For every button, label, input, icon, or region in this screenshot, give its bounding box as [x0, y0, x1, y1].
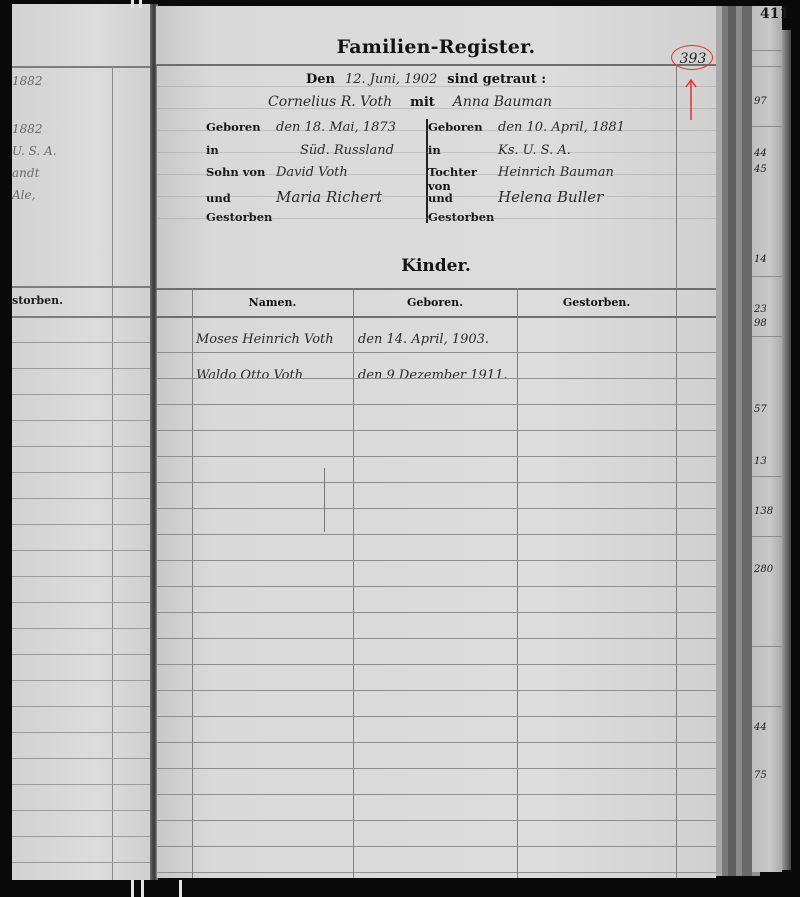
ruled-line — [156, 508, 716, 509]
groom-birthplace: Süd. Russland — [276, 143, 394, 158]
ruled-line — [156, 456, 716, 457]
edge-page-number: 138 — [754, 506, 773, 517]
ruled-line — [12, 446, 152, 447]
field-label: in — [428, 143, 498, 157]
ruled-line — [12, 732, 152, 733]
ruled-line — [752, 50, 782, 51]
ruled-line — [156, 404, 716, 405]
left-faint-entry: Ale, — [12, 188, 35, 202]
bride-birth-date: den 10. April, 1881 — [498, 120, 625, 135]
ruled-line — [12, 602, 152, 603]
edge-page-number: 280 — [754, 564, 773, 575]
column-rule — [353, 288, 354, 878]
left-table-rule — [12, 316, 152, 318]
margin-rule-right — [676, 64, 677, 878]
ruled-line — [156, 768, 716, 769]
ruled-line — [12, 368, 152, 369]
ruled-line — [156, 352, 716, 353]
field-label: Tochter von — [428, 165, 498, 193]
ruled-line — [12, 706, 152, 707]
edge-page-number: 57 — [754, 404, 767, 415]
page-title: Familien-Register. — [156, 36, 716, 58]
ruled-line — [12, 550, 152, 551]
edge-page-number: 13 — [754, 456, 767, 467]
left-header-rule — [12, 66, 152, 68]
ruled-line — [752, 476, 782, 477]
ruled-line — [12, 498, 152, 499]
column-header-died: Gestorben. — [517, 296, 676, 309]
ruled-line — [156, 690, 716, 691]
ruled-line — [156, 586, 716, 587]
ruled-line — [156, 174, 716, 175]
bride-born-row: Geboren den 10. April, 1881 — [428, 120, 668, 143]
ruled-line — [752, 536, 782, 537]
ruled-line — [752, 336, 782, 337]
bride-father: Heinrich Bauman — [498, 165, 614, 180]
ruled-line — [12, 758, 152, 759]
field-label: Geboren — [206, 120, 276, 134]
ruled-line — [156, 482, 716, 483]
ruled-line — [12, 524, 152, 525]
annotation-circle — [671, 45, 713, 70]
bride-birthplace: Ks. U. S. A. — [498, 143, 571, 158]
ruled-line — [156, 430, 716, 431]
field-label: und — [428, 191, 498, 205]
ruled-line — [12, 836, 152, 837]
ruled-line — [12, 628, 152, 629]
children-table-header-rule — [156, 316, 716, 318]
marriage-suffix: sind getraut : — [447, 72, 546, 87]
header-rule — [156, 64, 716, 66]
ruled-line — [156, 846, 716, 847]
children-section-title: Kinder. — [156, 256, 716, 276]
ruled-line — [156, 130, 716, 131]
ruled-line — [12, 784, 152, 785]
child-name: Moses Heinrich Voth — [196, 332, 334, 347]
ruled-line — [156, 716, 716, 717]
column-header-born: Geboren. — [353, 296, 517, 309]
ruled-line — [156, 664, 716, 665]
children-table-top-rule — [156, 288, 716, 290]
edge-page-number: 45 — [754, 164, 767, 175]
field-label: in — [206, 143, 276, 157]
ruled-line — [12, 810, 152, 811]
groom-born-row: Geboren den 18. Mai, 1873 — [206, 120, 446, 143]
ruled-line — [752, 66, 782, 67]
ruled-line — [752, 276, 782, 277]
child-birth-date: den 9 Dezember 1911. — [358, 368, 508, 383]
binding-clip — [139, 0, 142, 8]
groom-birth-date: den 18. Mai, 1873 — [276, 120, 396, 135]
left-faint-entry: 1882 — [12, 122, 43, 136]
ruled-line — [156, 872, 716, 873]
field-label: Gestorben — [428, 210, 498, 224]
ruled-line — [752, 646, 782, 647]
bride-father-row: Tochter von Heinrich Bauman — [428, 165, 668, 188]
marriage-prefix: Den — [306, 72, 335, 87]
field-label: Gestorben — [206, 210, 276, 224]
edge-page-number: 23 — [754, 304, 767, 315]
ruled-line — [156, 820, 716, 821]
ruled-line — [156, 794, 716, 795]
edge-page-number: 98 — [754, 318, 767, 329]
ruled-line — [12, 654, 152, 655]
left-page: 1882 1882 U. S. A. andt Ale, storben. — [12, 4, 152, 880]
groom-details: Geboren den 18. Mai, 1873 in Süd. Russla… — [206, 120, 446, 233]
ruled-line — [156, 378, 716, 379]
groom-died-row: Gestorben — [206, 210, 446, 233]
edge-page-number: 44 — [754, 722, 767, 733]
child-name: Waldo Otto Voth — [196, 368, 303, 383]
groom-father: David Voth — [276, 165, 348, 180]
ruled-line — [156, 534, 716, 535]
binding-clip — [141, 880, 144, 897]
child-birth-date: den 14. April, 1903. — [358, 332, 489, 347]
underlying-page-edge — [782, 30, 791, 870]
column-header-names: Namen. — [192, 296, 353, 309]
ruled-line — [12, 394, 152, 395]
field-label: und — [206, 191, 276, 205]
ruled-line — [12, 576, 152, 577]
ruled-line — [12, 420, 152, 421]
ruled-line — [156, 638, 716, 639]
groom-birthplace-row: in Süd. Russland — [206, 143, 446, 166]
field-label: Geboren — [428, 120, 498, 134]
annotation-arrow-icon — [685, 78, 697, 120]
edge-page-number: 44 — [754, 148, 767, 159]
ruled-line — [156, 612, 716, 613]
scanned-document: 1882 1882 U. S. A. andt Ale, storben. Fa… — [0, 0, 800, 897]
binding-clip — [131, 880, 134, 897]
left-faint-entry: 1882 — [12, 74, 43, 88]
ruled-line — [752, 126, 782, 127]
left-column-header-fragment: storben. — [12, 294, 63, 307]
corner-page-number: 411 — [760, 6, 789, 22]
marriage-date: 12. Juni, 1902 — [345, 72, 437, 87]
column-rule — [192, 288, 193, 878]
edge-page-number: 75 — [754, 770, 767, 781]
left-faint-entry: andt — [12, 166, 39, 180]
ruled-line — [12, 862, 152, 863]
left-table-rule — [12, 286, 152, 288]
groom-mother-row: und Maria Richert — [206, 188, 446, 211]
left-faint-entry: U. S. A. — [12, 144, 57, 158]
edge-page-number: 97 — [754, 96, 767, 107]
ruled-line — [12, 680, 152, 681]
ruled-line — [156, 196, 716, 197]
marriage-line: Den 12. Juni, 1902 sind getraut : — [306, 72, 546, 87]
ruled-line — [12, 342, 152, 343]
ruled-line — [156, 86, 716, 87]
binding-clip — [131, 0, 134, 8]
ruled-line — [12, 472, 152, 473]
edge-page-number: 14 — [754, 254, 767, 265]
bride-died-row: Gestorben — [428, 210, 668, 233]
field-label: Sohn von — [206, 165, 276, 179]
pencil-mark — [324, 468, 325, 532]
bride-mother-row: und Helena Buller — [428, 188, 668, 211]
ruled-line — [752, 706, 782, 707]
column-rule — [517, 288, 518, 878]
bride-birthplace-row: in Ks. U. S. A. — [428, 143, 668, 166]
margin-rule-left — [156, 64, 157, 878]
binding-clip — [179, 880, 182, 897]
ruled-line — [156, 742, 716, 743]
right-page: Familien-Register. Den 12. Juni, 1902 si… — [156, 6, 716, 878]
ruled-line — [156, 152, 716, 153]
groom-father-row: Sohn von David Voth — [206, 165, 446, 188]
bride-details: Geboren den 10. April, 1881 in Ks. U. S.… — [428, 120, 668, 233]
ruled-line — [156, 218, 716, 219]
ruled-line — [156, 560, 716, 561]
ruled-line — [156, 108, 716, 109]
underlying-page-edge: 97444514239857131382804475 — [752, 6, 782, 872]
